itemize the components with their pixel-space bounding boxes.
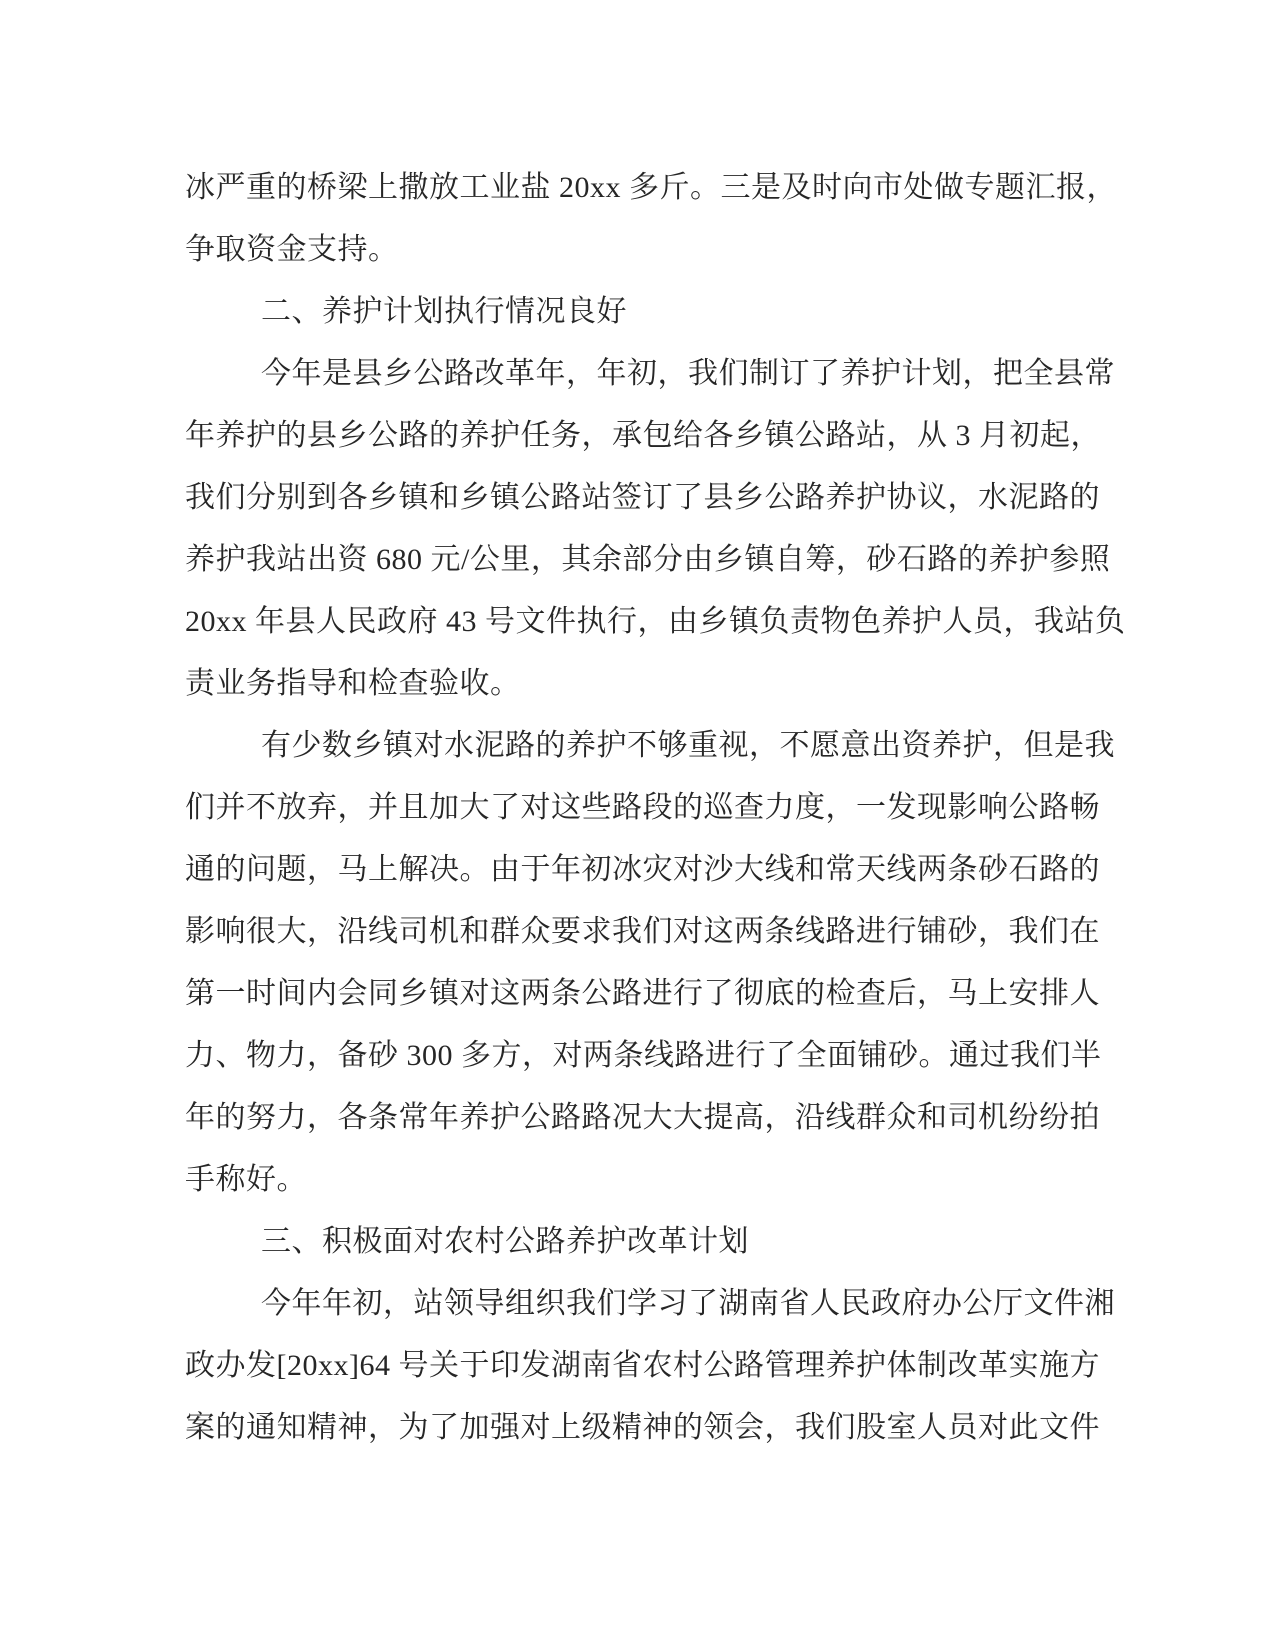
text-line: 今年年初，站领导组织我们学习了湖南省人民政府办公厅文件湘 xyxy=(185,1273,1115,1335)
text-line: 二、养护计划执行情况良好 xyxy=(185,281,1115,343)
text-line: 年养护的县乡公路的养护任务，承包给各乡镇公路站，从 3 月初起， xyxy=(185,405,1115,467)
text-line: 有少数乡镇对水泥路的养护不够重视，不愿意出资养护，但是我 xyxy=(185,715,1115,777)
text-line: 责业务指导和检查验收。 xyxy=(185,653,1115,715)
text-line: 冰严重的桥梁上撒放工业盐 20xx 多斤。三是及时向市处做专题汇报， xyxy=(185,157,1115,219)
text-line: 我们分别到各乡镇和乡镇公路站签订了县乡公路养护协议，水泥路的 xyxy=(185,467,1115,529)
paragraph-maintenance-plan: 今年是县乡公路改革年，年初，我们制订了养护计划，把全县常年养护的县乡公路的养护任… xyxy=(185,343,1115,715)
text-line: 案的通知精神，为了加强对上级精神的领会，我们股室人员对此文件 xyxy=(185,1397,1115,1459)
paragraph-reform-plan: 今年年初，站领导组织我们学习了湖南省人民政府办公厅文件湘政办发[20xx]64 … xyxy=(185,1273,1115,1459)
document-page: 冰严重的桥梁上撒放工业盐 20xx 多斤。三是及时向市处做专题汇报，争取资金支持… xyxy=(0,0,1275,1650)
text-line: 争取资金支持。 xyxy=(185,219,1115,281)
text-line: 三、积极面对农村公路养护改革计划 xyxy=(185,1211,1115,1273)
text-line: 政办发[20xx]64 号关于印发湖南省农村公路管理养护体制改革实施方 xyxy=(185,1335,1115,1397)
paragraph-township-roads: 有少数乡镇对水泥路的养护不够重视，不愿意出资养护，但是我们并不放弃，并且加大了对… xyxy=(185,715,1115,1211)
text-line: 们并不放弃，并且加大了对这些路段的巡查力度，一发现影响公路畅 xyxy=(185,777,1115,839)
text-line: 年的努力，各条常年养护公路路况大大提高，沿线群众和司机纷纷拍 xyxy=(185,1087,1115,1149)
text-line: 第一时间内会同乡镇对这两条公路进行了彻底的检查后，马上安排人 xyxy=(185,963,1115,1025)
text-line: 手称好。 xyxy=(185,1149,1115,1211)
text-line: 养护我站出资 680 元/公里，其余部分由乡镇自筹，砂石路的养护参照 xyxy=(185,529,1115,591)
text-line: 影响很大，沿线司机和群众要求我们对这两条线路进行铺砂，我们在 xyxy=(185,901,1115,963)
text-line: 20xx 年县人民政府 43 号文件执行，由乡镇负责物色养护人员，我站负 xyxy=(185,591,1115,653)
text-line: 今年是县乡公路改革年，年初，我们制订了养护计划，把全县常 xyxy=(185,343,1115,405)
paragraph-continuation: 冰严重的桥梁上撒放工业盐 20xx 多斤。三是及时向市处做专题汇报，争取资金支持… xyxy=(185,157,1115,281)
section-heading-3: 三、积极面对农村公路养护改革计划 xyxy=(185,1211,1115,1273)
text-line: 力、物力，备砂 300 多方，对两条线路进行了全面铺砂。通过我们半 xyxy=(185,1025,1115,1087)
text-line: 通的问题，马上解决。由于年初冰灾对沙大线和常天线两条砂石路的 xyxy=(185,839,1115,901)
document-body: 冰严重的桥梁上撒放工业盐 20xx 多斤。三是及时向市处做专题汇报，争取资金支持… xyxy=(185,157,1115,1459)
section-heading-2: 二、养护计划执行情况良好 xyxy=(185,281,1115,343)
